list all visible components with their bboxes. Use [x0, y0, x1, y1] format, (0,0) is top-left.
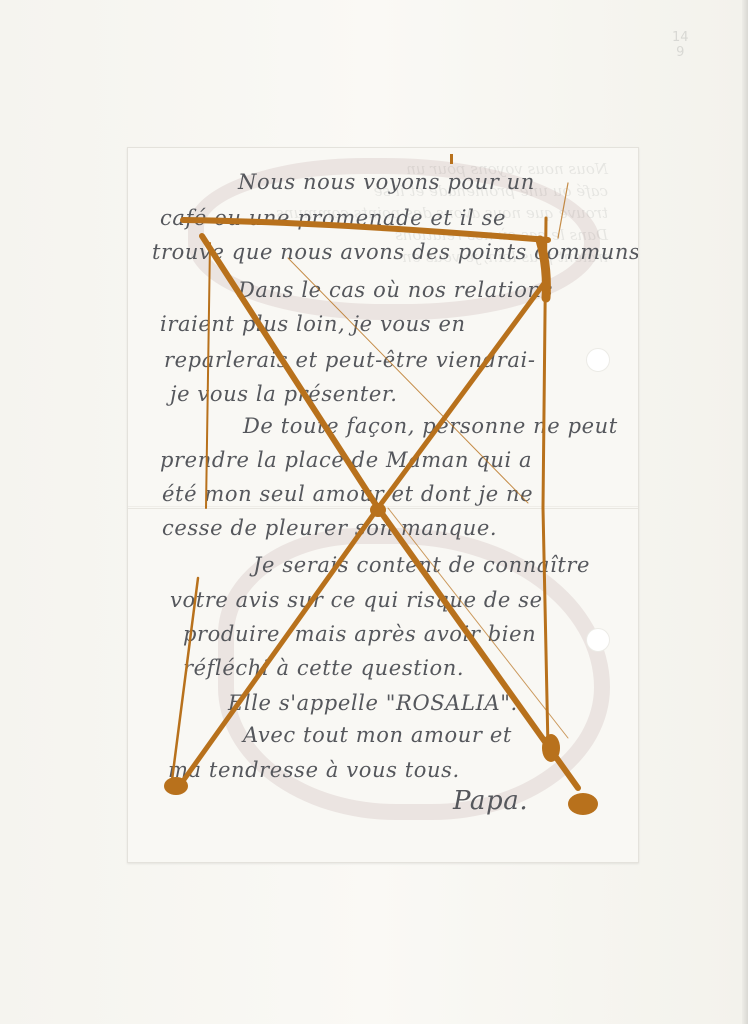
- letter-line: reparlerais et peut-être viendrai-: [164, 348, 536, 372]
- letter-line: je vous la présenter.: [170, 382, 398, 406]
- letter-line: iraient plus loin, je vous en: [160, 312, 466, 336]
- letter-line: prendre la place de Maman qui a: [160, 448, 532, 472]
- letter-line: café ou une promenade et il se: [160, 206, 506, 230]
- punch-hole-bottom: [586, 628, 610, 652]
- letter-line: votre avis sur ce qui risque de se: [170, 588, 543, 612]
- letter-line: Avec tout mon amour et: [243, 723, 512, 747]
- letter-line: cesse de pleurer son manque.: [162, 516, 497, 540]
- letter-line: Elle s'appelle "ROSALIA".: [228, 691, 518, 715]
- letter-line: De toute façon, personne ne peut: [243, 414, 618, 438]
- scan-edge: [742, 0, 748, 1024]
- letter-line: Dans le cas où nos relations: [238, 278, 553, 302]
- letter-line: Je serais content de connaître: [253, 553, 590, 577]
- letter-line: trouve que nous avons des points communs…: [152, 240, 639, 264]
- letter-line: Nous nous voyons pour un: [238, 170, 535, 194]
- page-number-mark: 14 9: [672, 30, 689, 60]
- letter-line: réfléchi à cette question.: [183, 656, 464, 680]
- signature: Papa.: [453, 786, 528, 816]
- letter-line: produire, mais après avoir bien: [183, 622, 536, 646]
- letter-line: ma tendresse à vous tous.: [168, 758, 460, 782]
- punch-hole-top: [586, 348, 610, 372]
- letter-line: été mon seul amour et dont je ne: [162, 482, 533, 506]
- handwritten-letter: Nous nous voyons pour un café ou une pro…: [127, 147, 639, 863]
- paper-fold: [128, 506, 638, 509]
